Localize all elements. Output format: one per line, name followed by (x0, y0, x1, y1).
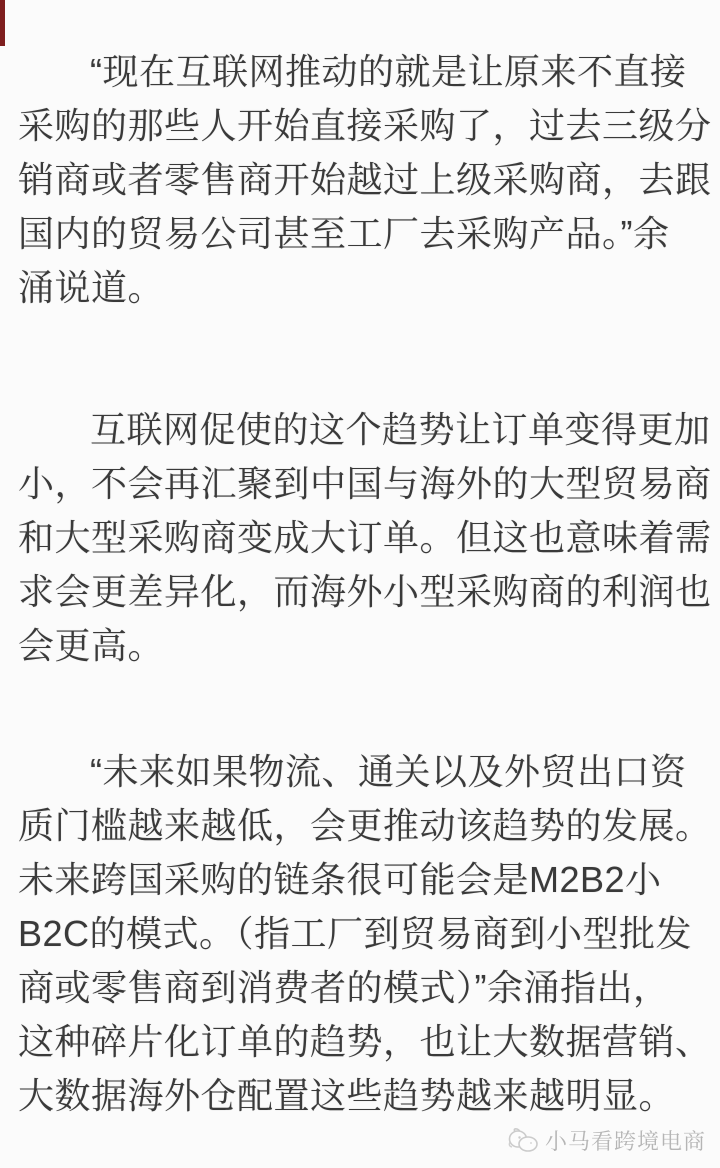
article-screenshot: “现在互联网推动的就是让原来不直接采购的那些人开始直接采购了，过去三级分销商或者… (0, 0, 720, 1168)
text-line: 这种碎片化订单的趋势，也让大数据营销、 (18, 1015, 704, 1069)
paragraph: 互联网促使的这个趋势让订单变得更加小，不会再汇聚到中国与海外的大型贸易商和大型采… (18, 403, 704, 673)
paragraph: “现在互联网推动的就是让原来不直接采购的那些人开始直接采购了，过去三级分销商或者… (18, 45, 704, 315)
text-line: 未来跨国采购的链条很可能会是M2B2小 (18, 853, 704, 907)
left-edge-red-mark (0, 0, 5, 46)
watermark: 小马看跨境电商 (506, 1125, 706, 1156)
text-line: 和大型采购商变成大订单。但这也意味着需 (18, 511, 704, 565)
text-line: 小，不会再汇聚到中国与海外的大型贸易商 (18, 457, 704, 511)
text-line: 互联网促使的这个趋势让订单变得更加 (18, 403, 704, 457)
paragraph: “未来如果物流、通关以及外贸出口资质门槛越来越低，会更推动该趋势的发展。未来跨国… (18, 745, 704, 1123)
text-line: 涌说道。 (18, 261, 704, 315)
article-body: “现在互联网推动的就是让原来不直接采购的那些人开始直接采购了，过去三级分销商或者… (18, 45, 704, 1123)
text-line: “现在互联网推动的就是让原来不直接 (18, 45, 704, 99)
text-line: 会更高。 (18, 619, 704, 673)
text-line: “未来如果物流、通关以及外贸出口资 (18, 745, 704, 799)
text-line: 国内的贸易公司甚至工厂去采购产品。”余 (18, 207, 704, 261)
text-line: 求会更差异化，而海外小型采购商的利润也 (18, 565, 704, 619)
text-line: 质门槛越来越低，会更推动该趋势的发展。 (18, 799, 704, 853)
text-line: 销商或者零售商开始越过上级采购商，去跟 (18, 153, 704, 207)
watermark-label: 小马看跨境电商 (545, 1125, 706, 1156)
text-line: 采购的那些人开始直接采购了，过去三级分 (18, 99, 704, 153)
text-line: 商或零售商到消费者的模式）”余涌指出， (18, 961, 704, 1015)
text-line: 大数据海外仓配置这些趋势越来越明显。 (18, 1069, 704, 1123)
pony-logo-icon (506, 1126, 540, 1156)
text-line: B2C的模式。（指工厂到贸易商到小型批发 (18, 907, 704, 961)
